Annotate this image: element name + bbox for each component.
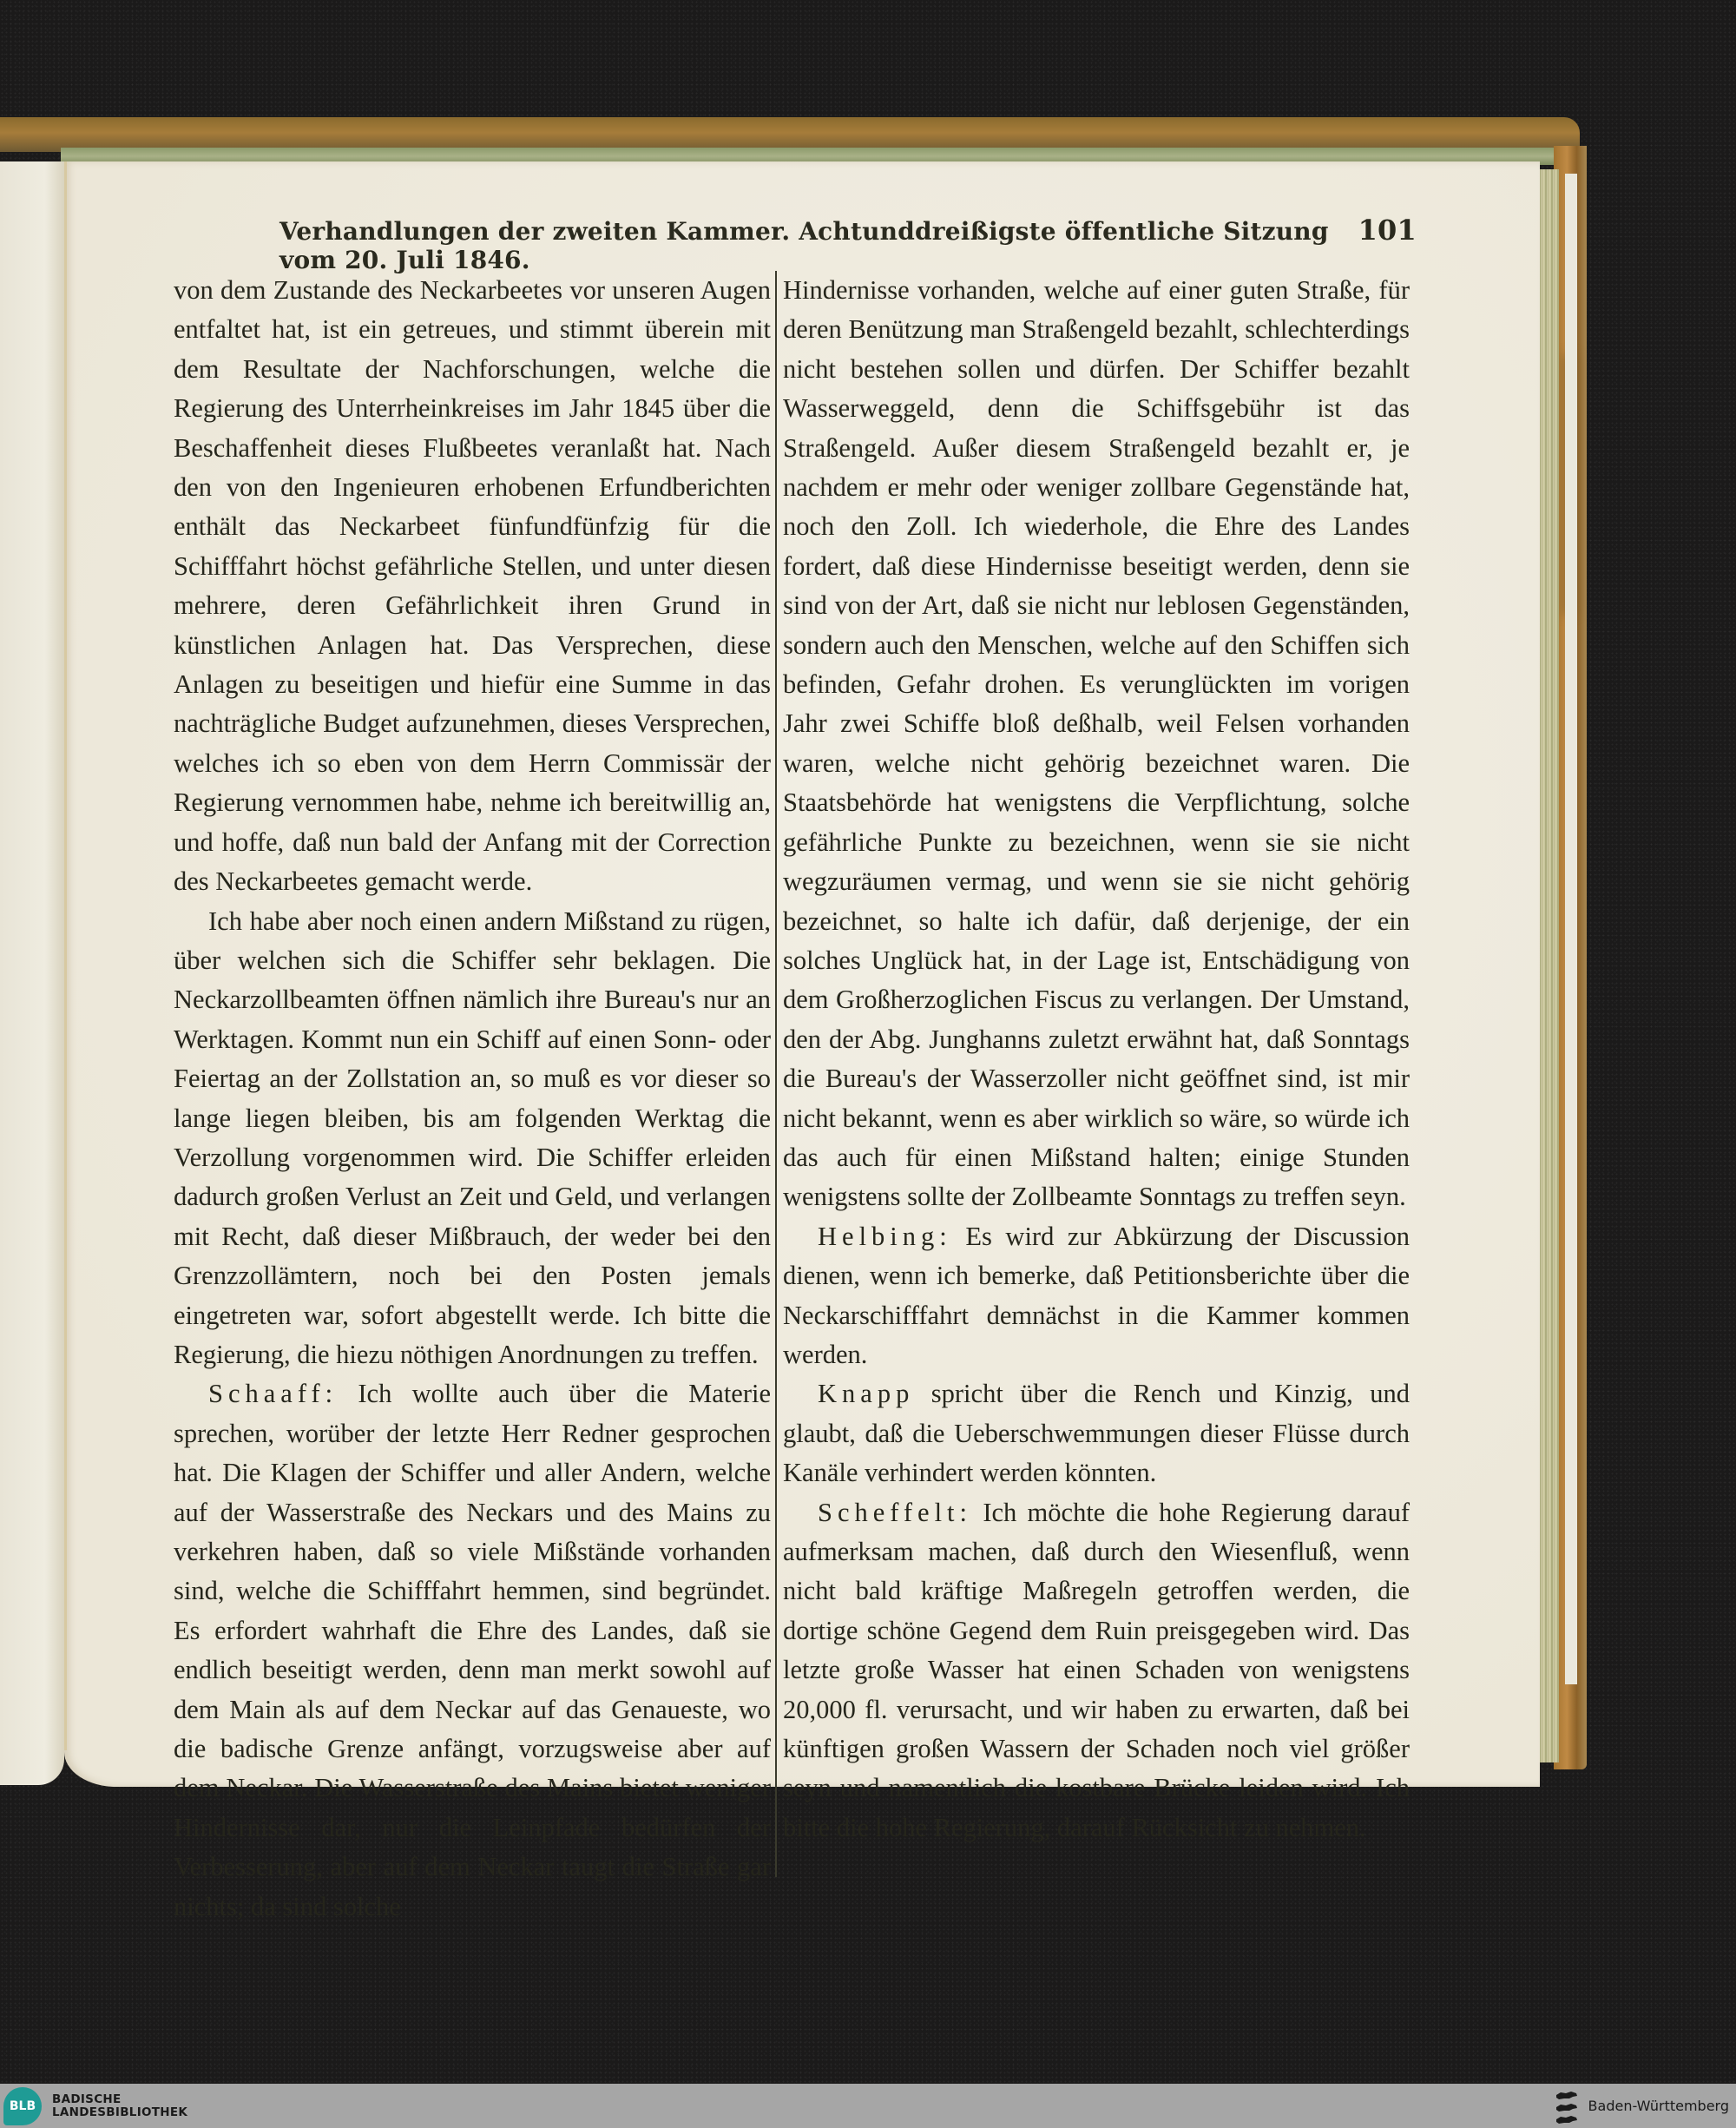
running-head: Verhandlungen der zweiten Kammer. Achtun… — [279, 214, 1417, 257]
book-gutter — [64, 161, 67, 1750]
paragraph: Schaaff: Ich wollte auch über die Materi… — [174, 1374, 771, 1927]
paragraph: Hindernisse vorhanden, welche auf einer … — [783, 271, 1410, 1217]
library-name-line1: BADISCHE — [52, 2093, 187, 2106]
speaker-name: Knapp — [818, 1379, 914, 1408]
paragraph: Scheffelt: Ich möchte die hohe Regierung… — [783, 1493, 1410, 1848]
paragraph: Ich habe aber noch einen andern Mißstand… — [174, 902, 771, 1375]
speaker-name: Scheffelt: — [818, 1498, 972, 1527]
paragraph: von dem Zustande des Neckarbeetes vor un… — [174, 271, 771, 902]
library-name-line2: LANDESBIBLIOTHEK — [52, 2106, 187, 2119]
page-number: 101 — [1358, 214, 1417, 247]
footer-bar: BLB BADISCHE LANDESBIBLIOTHEK Baden-Würt… — [0, 2084, 1736, 2128]
baden-wuerttemberg-logo[interactable]: Baden-Württemberg — [1554, 2088, 1729, 2125]
paragraph-text: Ich habe aber noch einen andern Mißstand… — [174, 906, 771, 1369]
book-flyleaf-edge — [1565, 174, 1577, 1684]
paragraph: Helbing: Es wird zur Abkürzung der Discu… — [783, 1217, 1410, 1375]
paragraph-text: Hindernisse vorhanden, welche auf einer … — [783, 275, 1410, 1211]
paragraph-text: Ich möchte die hohe Regierung darauf auf… — [783, 1498, 1410, 1842]
blb-logo[interactable]: BLB BADISCHE LANDESBIBLIOTHEK — [3, 2087, 187, 2125]
paragraph: Knapp spricht über die Rench und Kinzig,… — [783, 1374, 1410, 1492]
paragraph-text: Ich wollte auch über die Materie spreche… — [174, 1379, 771, 1920]
paragraph-text: von dem Zustande des Neckarbeetes vor un… — [174, 275, 771, 896]
library-name: BADISCHE LANDESBIBLIOTHEK — [52, 2093, 187, 2119]
column-divider — [775, 271, 777, 1877]
three-lions-icon — [1554, 2088, 1580, 2125]
speaker-name: Schaaff: — [208, 1379, 338, 1408]
speaker-name: Helbing: — [818, 1222, 952, 1251]
blb-badge-icon: BLB — [3, 2087, 42, 2125]
text-column-right: Hindernisse vorhanden, welche auf einer … — [783, 271, 1410, 1848]
book-cover-top — [0, 117, 1580, 152]
running-head-title: Verhandlungen der zweiten Kammer. Achtun… — [279, 217, 1358, 274]
state-name: Baden-Württemberg — [1588, 2098, 1729, 2114]
facing-page-left — [0, 161, 64, 1785]
text-column-left: von dem Zustande des Neckarbeetes vor un… — [174, 271, 771, 1927]
